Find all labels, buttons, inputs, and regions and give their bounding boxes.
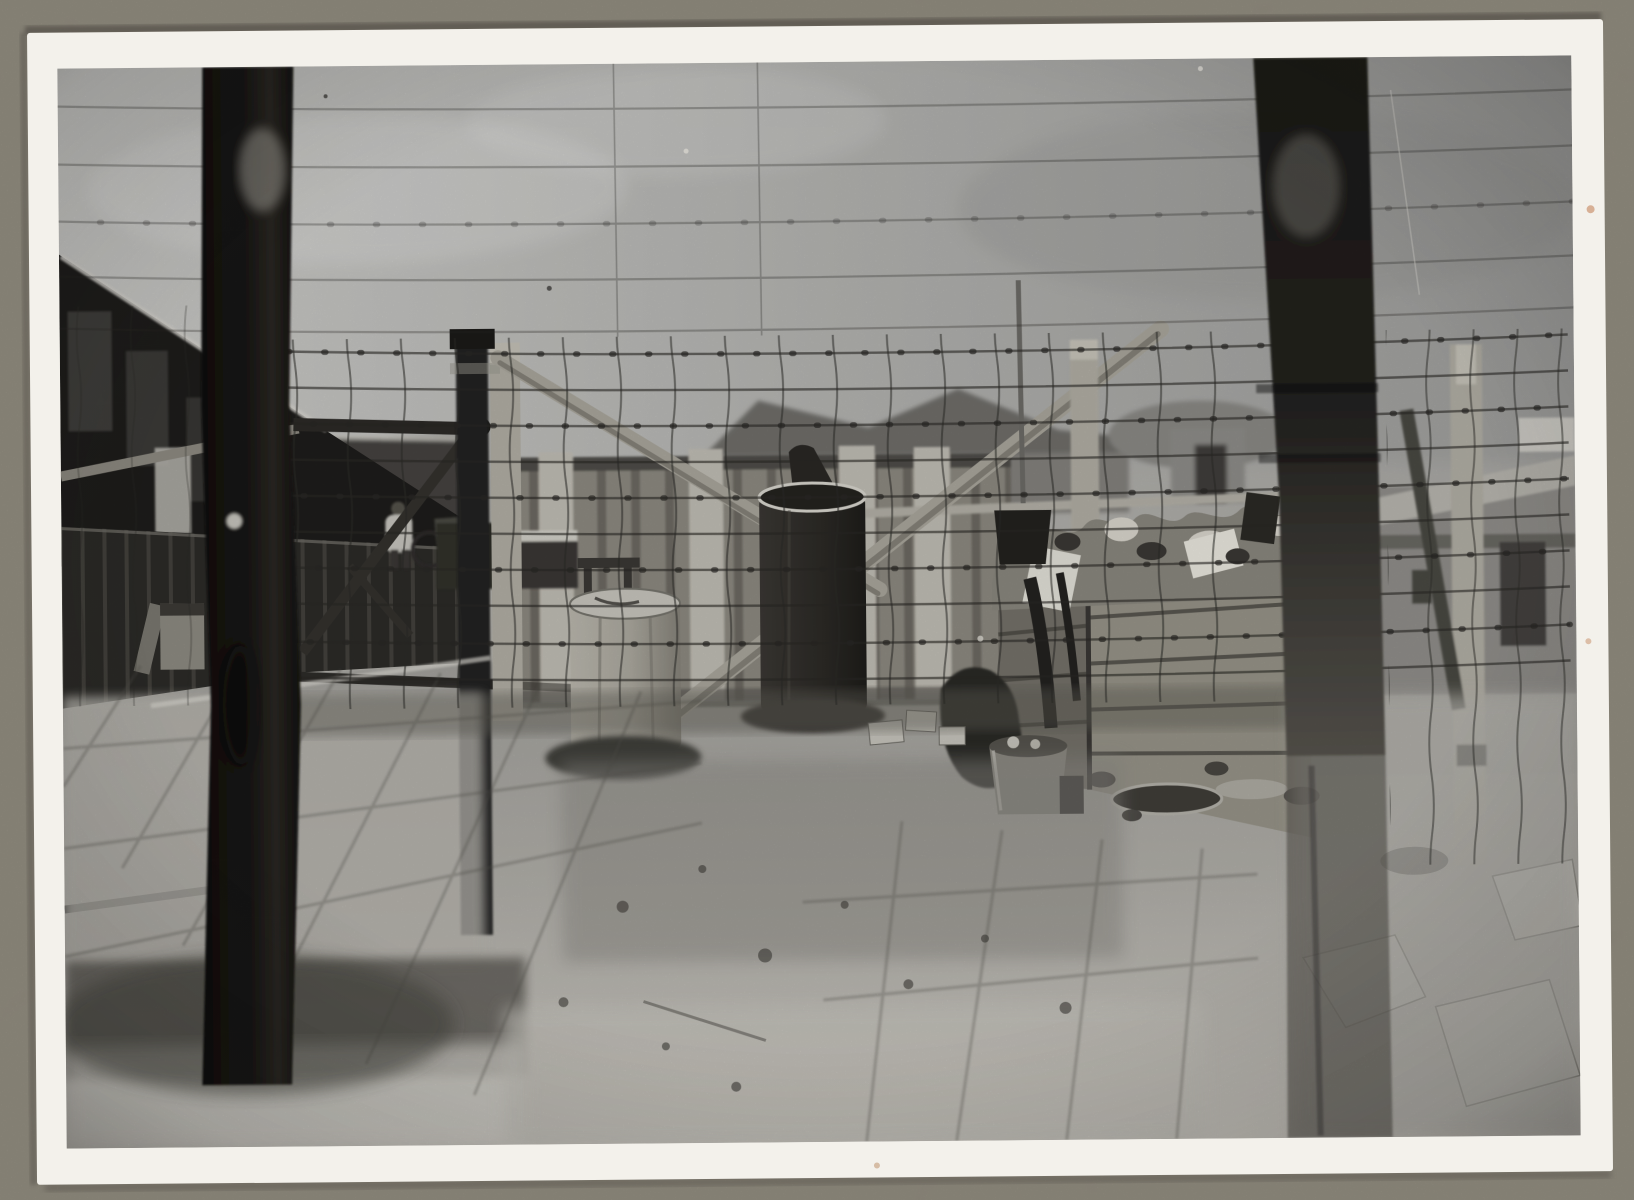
vignette (57, 55, 1580, 1148)
album-page-stage (0, 0, 1634, 1200)
foxing-spot (874, 1162, 880, 1168)
foxing-spot (1585, 638, 1591, 644)
foxing-spot (1587, 205, 1595, 213)
photograph (20, 12, 1613, 1192)
photo-of-camp-compound (0, 0, 1634, 1200)
photo-image (45, 55, 1584, 1149)
